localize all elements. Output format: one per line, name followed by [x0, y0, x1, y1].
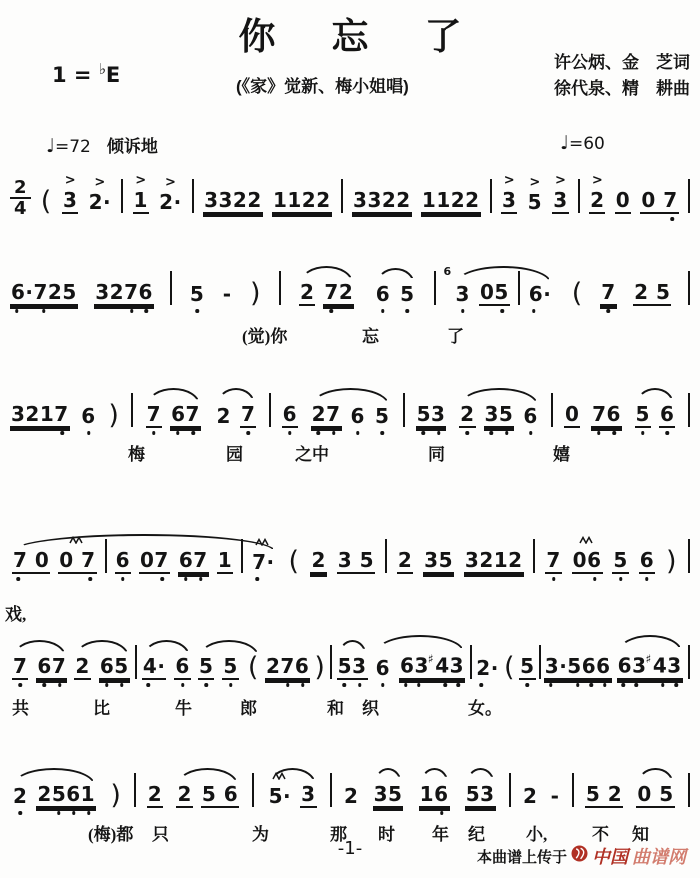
low-octave-dot [199, 577, 203, 581]
note: 3 5 [337, 533, 375, 586]
low-octave-dot [489, 431, 493, 435]
accent-mark: > [592, 173, 603, 188]
note-text: 5· [268, 784, 293, 808]
note: 5 [189, 267, 205, 318]
note-text: 2· [158, 190, 183, 214]
note-text: 6 [659, 402, 675, 428]
low-octave-dot [356, 431, 360, 435]
octave-dot-row [311, 428, 342, 440]
note: 07 [139, 533, 170, 586]
note-text: 63♯43 [617, 649, 683, 680]
accent-mark: > [135, 173, 146, 188]
octave-dot-row [58, 574, 96, 586]
octave-dot-row [352, 214, 412, 226]
low-octave-dot [480, 683, 484, 687]
low-octave-dot [461, 309, 465, 313]
barline [341, 179, 343, 213]
note-text: 2 [459, 402, 475, 428]
note-text: ( [247, 656, 260, 680]
note-text: 5 6 [201, 782, 239, 808]
slur-group: 56 [633, 387, 678, 440]
low-octave-dot [145, 309, 149, 313]
octave-dot-row [10, 428, 70, 440]
note: 06 [572, 533, 603, 586]
note-text: 6 [174, 654, 190, 680]
note: 63 [455, 267, 471, 318]
note: 5 [222, 639, 238, 692]
low-octave-dot [661, 683, 665, 687]
note: 6 [115, 533, 131, 586]
low-octave-dot [635, 683, 639, 687]
slur-group: 63♯43 [615, 634, 685, 692]
slur-group: 2765 [309, 387, 393, 440]
note: - [222, 267, 233, 318]
barline [688, 271, 690, 305]
note-text: 7 0 [12, 548, 50, 574]
note: 6 [659, 387, 675, 440]
octave-dot-row [465, 808, 496, 820]
note-text: 7 [12, 654, 28, 680]
barline [170, 271, 172, 305]
octave-dot-row [74, 680, 90, 692]
octave-dot-row [501, 214, 517, 226]
note: 2 [12, 769, 28, 820]
low-octave-dot [60, 431, 64, 435]
note-text: 3217 [10, 402, 70, 428]
trill-mark [69, 533, 85, 548]
note-text: 2 [176, 782, 192, 808]
low-octave-dot [597, 431, 601, 435]
trill-mark [579, 533, 595, 548]
title-char: 了 [425, 6, 462, 60]
sheet-music-page: 你忘了 1 = ♭E (《家》觉新、梅小姐唱) 许公炳、金 芝词徐代泉、精 耕曲… [0, 0, 700, 878]
low-octave-dot [72, 811, 76, 815]
octave-dot-row [519, 680, 535, 692]
note-text: 67 [178, 548, 209, 574]
barline [551, 393, 553, 427]
octave-dot-row [217, 574, 233, 586]
note: 05 [479, 265, 510, 318]
note-text: ) [313, 656, 326, 680]
note: 5 [399, 267, 415, 318]
low-octave-dot [152, 431, 156, 435]
barline [279, 271, 281, 305]
note: ) [249, 267, 262, 318]
note-text: 5 [635, 402, 651, 428]
low-octave-dot [204, 683, 208, 687]
octave-dot-row [636, 808, 674, 820]
note: 2 [522, 769, 538, 820]
note-text: 7 [545, 548, 561, 574]
note: >3 [552, 173, 568, 226]
note-text: 16 [419, 782, 450, 808]
octave-dot-row [635, 428, 651, 440]
lyric: 牛 [175, 694, 192, 719]
barline [688, 773, 690, 807]
octave-dot-row [484, 428, 515, 440]
octave-dot-row [94, 306, 154, 318]
octave-dot-row [170, 428, 201, 440]
note-text: 35 [423, 548, 454, 574]
octave-dot-row [373, 808, 404, 820]
barline [578, 179, 580, 213]
low-octave-dot [256, 577, 260, 581]
note: 2 [147, 767, 163, 820]
note: ) [107, 389, 120, 440]
low-octave-dot [404, 683, 408, 687]
note: 7· [251, 535, 276, 586]
watermark: 本曲谱上传于 中国 曲谱网 [477, 843, 686, 869]
note-text: 5 [374, 404, 390, 428]
low-octave-dot [457, 683, 461, 687]
octave-dot-row [374, 428, 390, 440]
octave-dot-row [564, 428, 580, 440]
octave-dot-row [591, 428, 622, 440]
low-octave-dot [406, 309, 410, 313]
low-octave-dot [526, 683, 530, 687]
note: 35 [423, 533, 454, 586]
slur-group: 767 [10, 639, 69, 692]
grace-note: 6 [444, 265, 452, 278]
octave-dot-row [36, 808, 96, 820]
note: 6· [528, 267, 553, 318]
octave-dot-row [222, 306, 233, 318]
key-signature: 1 = ♭E [52, 60, 120, 87]
octave-dot-row [80, 428, 96, 440]
barline [121, 179, 123, 213]
expression-text: 倾诉地 [107, 137, 158, 156]
note-text: 6 [115, 548, 131, 574]
note-text: 05 [479, 280, 510, 306]
barline [385, 539, 387, 573]
low-octave-dot [42, 309, 46, 313]
low-octave-dot [17, 577, 21, 581]
note: 6 [639, 533, 655, 586]
barline [688, 179, 690, 213]
title-char: 你 [239, 6, 276, 60]
low-octave-dot [641, 431, 645, 435]
note: 1 [217, 533, 233, 586]
note-text: ) [249, 282, 262, 306]
note-text: 1122 [421, 188, 481, 214]
slur-group: 22561 [10, 767, 98, 820]
low-octave-dot [500, 309, 504, 313]
note-text: 2 [74, 654, 90, 680]
note-text: 5 [198, 654, 214, 680]
accent-mark: > [555, 173, 566, 188]
barline [688, 645, 690, 679]
low-octave-dot [191, 431, 195, 435]
accent-mark: > [165, 175, 176, 190]
low-octave-dot [288, 431, 292, 435]
note: 2 [459, 387, 475, 440]
octave-dot-row [640, 214, 678, 226]
trill-mark [255, 535, 271, 550]
lyric: 共 [12, 694, 29, 719]
low-octave-dot [18, 683, 22, 687]
low-octave-dot [343, 683, 347, 687]
note-text: 3·566 [544, 654, 612, 680]
octave-dot-row [544, 680, 612, 692]
note: 63♯43 [399, 634, 465, 692]
low-octave-dot [466, 431, 470, 435]
time-sig-numerator: 2 [10, 178, 31, 199]
note-text: 3212 [464, 548, 524, 574]
low-octave-dot [589, 683, 593, 687]
barline [330, 645, 332, 679]
note-text: 5 [399, 282, 415, 306]
low-octave-dot [576, 683, 580, 687]
barline [252, 773, 254, 807]
note: 0 5 [636, 767, 674, 820]
key-prefix: 1 = [52, 63, 99, 87]
lyric: 了 [447, 322, 464, 347]
low-octave-dot [607, 309, 611, 313]
note-text: 7· [251, 550, 276, 574]
slur-group: 55( [196, 639, 262, 692]
accent-mark: > [529, 175, 540, 190]
note: 35 [484, 387, 515, 440]
low-octave-dot [301, 683, 305, 687]
octave-dot-row [265, 680, 310, 692]
note: 3322 [203, 173, 263, 226]
note: 67 [178, 533, 209, 586]
note-text: 7 [240, 402, 256, 428]
title-char: 忘 [332, 6, 369, 60]
low-octave-dot [593, 577, 597, 581]
octave-dot-row [375, 680, 391, 692]
slur-group: 5·3 [266, 767, 319, 820]
note: 0 [615, 173, 631, 226]
note: 2 [176, 767, 192, 820]
note: 7 [146, 387, 162, 440]
octave-dot-row [178, 574, 209, 586]
note: 6 [522, 389, 538, 440]
note-text: 53 [337, 654, 368, 680]
note: 0 7 [640, 173, 678, 226]
composer-credit: 徐代泉、精 耕曲 [554, 79, 690, 98]
site-logo-icon [571, 845, 588, 867]
barline [403, 393, 405, 427]
octave-dot-row [600, 306, 616, 318]
low-octave-dot [195, 309, 199, 313]
octave-dot-row [459, 428, 475, 440]
note-text: 2 [216, 404, 232, 428]
note-text: ) [107, 404, 120, 428]
low-octave-dot [58, 683, 62, 687]
note-text: 0 [564, 402, 580, 428]
octave-dot-row [88, 214, 113, 226]
note-text: 76 [591, 402, 622, 428]
note-text: 1 [133, 188, 149, 214]
note: ( [571, 267, 584, 318]
note: 63♯43 [617, 634, 683, 692]
note: 3322 [352, 173, 412, 226]
barline [490, 179, 492, 213]
octave-dot-row [174, 680, 190, 692]
note: 2 [343, 769, 359, 820]
lyric: 织 [362, 694, 379, 719]
octave-dot-row [249, 306, 262, 318]
note-text: 3322 [203, 188, 263, 214]
quarter-note-icon: ♩ [560, 132, 569, 154]
lyric: 之中 [295, 440, 329, 465]
note-text: 3276 [94, 280, 154, 306]
note-text: 0 5 [636, 782, 674, 808]
note: 3276 [94, 265, 154, 318]
barline [135, 645, 137, 679]
subtitle: (《家》觉新、梅小姐唱) [236, 72, 409, 97]
note-text: 53 [416, 402, 447, 428]
low-octave-dot [440, 811, 444, 815]
octave-dot-row [633, 306, 671, 318]
note-text: 4· [142, 654, 167, 680]
low-octave-dot [160, 577, 164, 581]
note-text: 3 [300, 782, 316, 808]
note: 276 [265, 639, 310, 692]
low-octave-dot [87, 431, 91, 435]
note: 2 [397, 533, 413, 586]
quarter-note-icon: ♩ [46, 135, 55, 157]
lyric: 嬉 [553, 440, 570, 465]
octave-dot-row [585, 808, 623, 820]
note-text: 6 [522, 404, 538, 428]
slur-group: 35 [371, 767, 406, 820]
octave-dot-row [146, 428, 162, 440]
note-text: ( [288, 550, 301, 574]
octave-dot-row [201, 808, 239, 820]
music-system-5: 7672654·655(276)53663♯432·(53·56663♯43共比… [0, 636, 700, 692]
octave-dot-row [552, 214, 568, 226]
octave-dot-row [522, 428, 538, 440]
barline [509, 773, 511, 807]
note-text: 2561 [36, 782, 96, 808]
octave-dot-row [503, 680, 516, 692]
note-text: 2 [147, 782, 163, 808]
low-octave-dot [181, 683, 185, 687]
watermark-prefix: 本曲谱上传于 [477, 846, 567, 867]
note: 0 [564, 387, 580, 440]
barline [434, 271, 436, 305]
octave-dot-row [62, 214, 78, 226]
note: 6 [282, 387, 298, 440]
slur-group: 65 [373, 267, 418, 318]
low-octave-dot [552, 577, 556, 581]
octave-dot-row [109, 808, 122, 820]
note: 2 5 [633, 265, 671, 318]
lyric: 同 [428, 440, 445, 465]
lyric: 比 [93, 694, 110, 719]
lyric: (觉)你 [242, 322, 287, 347]
note-text: 6·725 [10, 280, 78, 306]
octave-dot-row [479, 306, 510, 318]
note: ) [313, 641, 326, 692]
note-text: 1122 [272, 188, 332, 214]
note: 76 [591, 387, 622, 440]
note: 7 [545, 533, 561, 586]
octave-dot-row [147, 808, 163, 820]
note-text: - [550, 784, 561, 808]
low-octave-dot [665, 431, 669, 435]
low-octave-dot [505, 431, 509, 435]
low-octave-dot [622, 683, 626, 687]
note: - [550, 769, 561, 820]
note-text: ( [571, 282, 584, 306]
note: 3217 [10, 387, 70, 440]
octave-dot-row [272, 214, 332, 226]
octave-dot-row [397, 574, 413, 586]
note: 2· [475, 641, 500, 692]
low-octave-dot [529, 431, 533, 435]
low-octave-dot [120, 683, 124, 687]
note: ) [665, 535, 678, 586]
note-text: 0 7 [58, 548, 96, 574]
octave-dot-row [522, 808, 538, 820]
note: 7 [240, 387, 256, 440]
note-text: 2 [397, 548, 413, 574]
note: >1 [133, 173, 149, 226]
note: 3 [300, 767, 316, 820]
note-text: 2· [88, 190, 113, 214]
octave-dot-row [247, 680, 260, 692]
barline [269, 393, 271, 427]
octave-dot-row [216, 428, 232, 440]
low-octave-dot [532, 309, 536, 313]
octave-dot-row [550, 808, 561, 820]
octave-dot-row [222, 680, 238, 692]
note-text: 2· [475, 656, 500, 680]
low-octave-dot [246, 431, 250, 435]
note-text: 6 [375, 656, 391, 680]
note-text: 3 [62, 188, 78, 214]
note: 6 [350, 389, 366, 440]
octave-dot-row [300, 808, 316, 820]
octave-dot-row [475, 680, 500, 692]
note-text: 06 [572, 548, 603, 574]
octave-dot-row [133, 214, 149, 226]
low-octave-dot [670, 217, 674, 221]
note: 16 [419, 767, 450, 820]
note: 5· [268, 769, 293, 820]
low-octave-dot [380, 431, 384, 435]
note: >2· [158, 175, 183, 226]
watermark-site-strong: 中国 [592, 843, 628, 869]
tempo-value-left: =72 [55, 137, 91, 157]
note-text: 3322 [352, 188, 412, 214]
barline [688, 393, 690, 427]
note-text: 5 [519, 654, 535, 680]
note: 7 0 [12, 533, 50, 586]
note: 67 [36, 639, 67, 692]
note-text: ) [665, 550, 678, 574]
octave-dot-row [99, 680, 130, 692]
note: 27 [311, 387, 342, 440]
note-text: 5 [527, 190, 543, 214]
barline [192, 179, 194, 213]
music-system-4: 7 00 76076717·(23 5235321270656)戏, [0, 530, 700, 586]
note-text: 0 7 [640, 188, 678, 214]
octave-dot-row [464, 574, 524, 586]
note-text: 2 [310, 548, 326, 574]
note-text: 2 [12, 784, 28, 808]
sharp-sign: ♯ [646, 652, 652, 666]
octave-dot-row [36, 680, 67, 692]
note-text: 6 [80, 404, 96, 428]
barline [470, 645, 472, 679]
barline [533, 539, 535, 573]
low-octave-dot [15, 309, 19, 313]
key-note: E [106, 63, 120, 87]
